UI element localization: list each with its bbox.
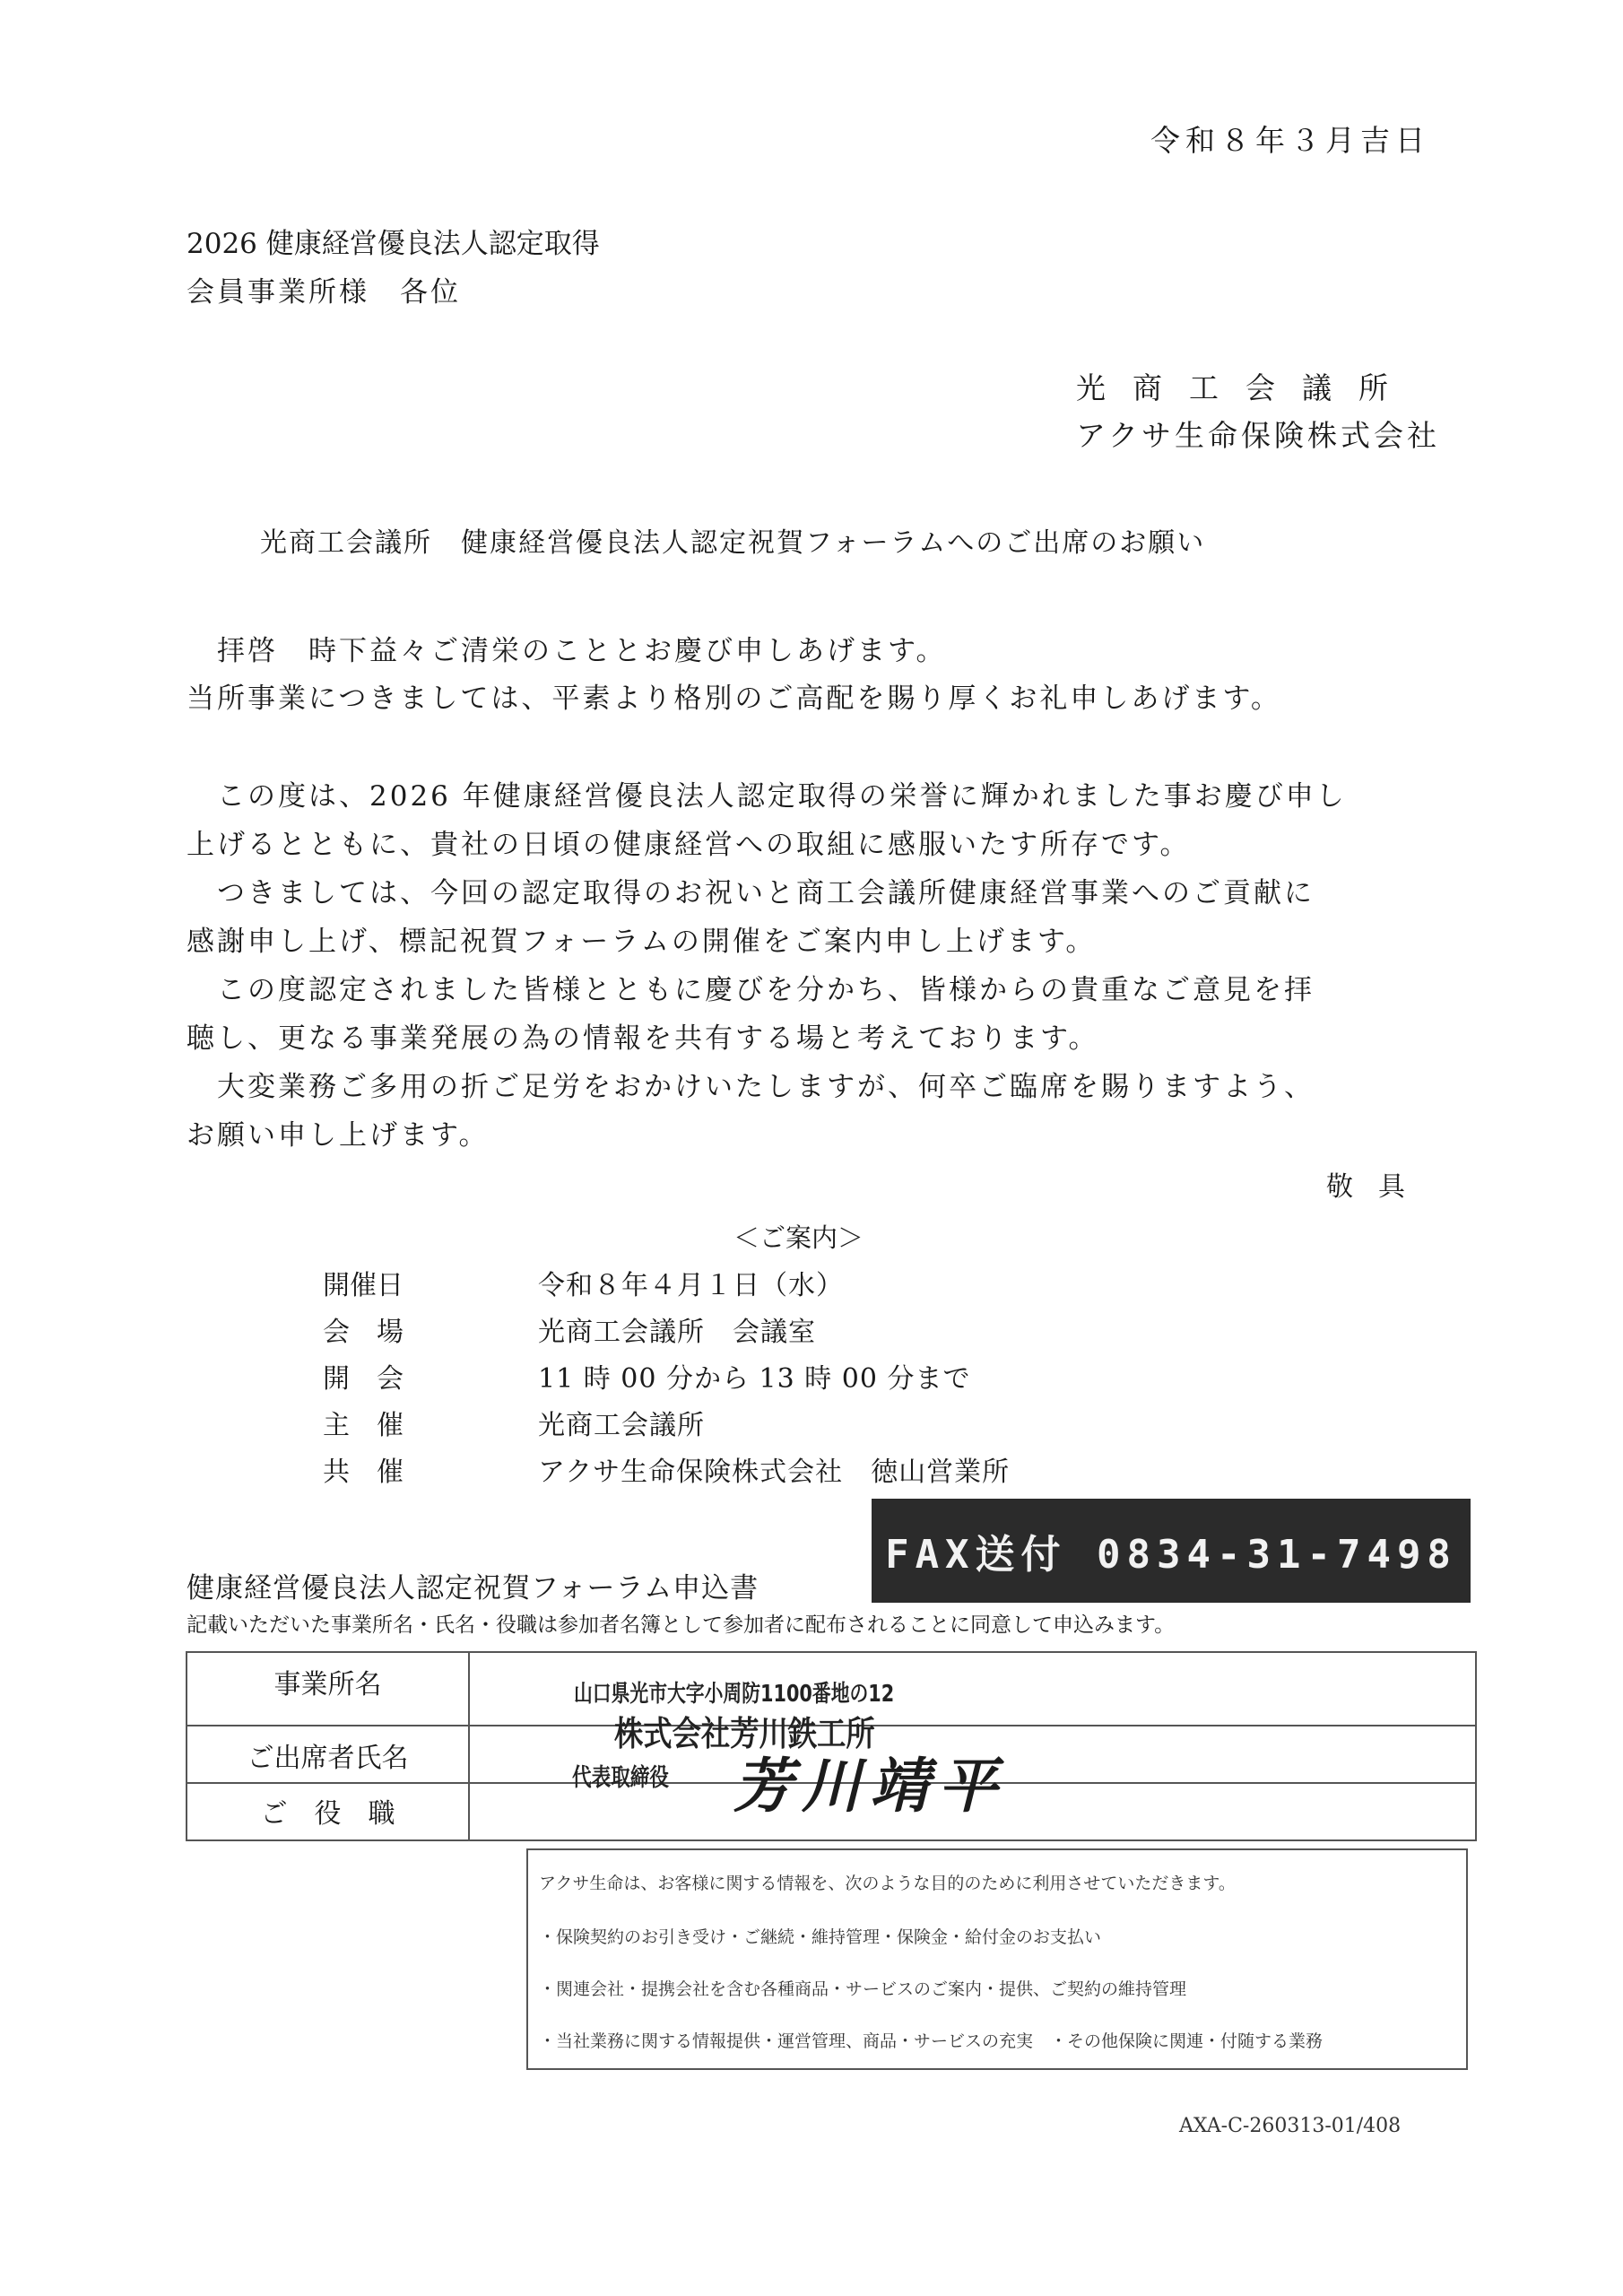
document-id: AXA-C-260313-01/408 xyxy=(1179,2115,1401,2137)
details-heading: ＜ご案内＞ xyxy=(733,1218,864,1255)
body-line: 当所事業につきましては、平素より格別のご高配を賜り厚くお礼申しあげます。 xyxy=(187,681,1281,717)
label-office-name: 事業所名 xyxy=(187,1662,468,1701)
body-line: 感謝申し上げ、標記祝賀フォーラムの開催をご案内申し上げます。 xyxy=(187,924,1096,960)
body-line: 聴し、更なる事業発展の為の情報を共有する場と考えております。 xyxy=(187,1021,1099,1057)
detail-label: 主 催 xyxy=(323,1403,404,1442)
application-form-title: 健康経営優良法人認定祝賀フォーラム申込書 xyxy=(187,1565,759,1605)
fax-number-banner: FAX送付 0834-31-7498 xyxy=(872,1499,1471,1603)
body-line: 拝啓 時下益々ご清栄のこととお慶び申しあげます。 xyxy=(187,633,947,669)
position-field[interactable]: 代表取締役 xyxy=(572,1758,669,1793)
attendee-name-field[interactable]: 芳川靖平 xyxy=(733,1738,1006,1823)
detail-value: 令和８年４月１日（水） xyxy=(538,1263,844,1302)
detail-value: 11 時 00 分から 13 時 00 分まで xyxy=(538,1356,970,1396)
document-date: 令和８年３月吉日 xyxy=(1150,123,1430,159)
privacy-item: ・関連会社・提携会社を含む各種商品・サービスのご案内・提供、ご契約の維持管理 xyxy=(539,1976,1186,2000)
privacy-notice-box: アクサ生命は、お客様に関する情報を、次のような目的のために利用させていただきます… xyxy=(526,1848,1468,2070)
detail-label: 開 会 xyxy=(323,1356,404,1396)
privacy-item: ・保険契約のお引き受け・ご継続・維持管理・保険金・給付金のお支払い xyxy=(539,1924,1101,1948)
label-attendee-name: ご出席者氏名 xyxy=(187,1735,468,1775)
detail-label: 共 催 xyxy=(323,1449,404,1489)
table-column-divider xyxy=(468,1653,470,1839)
body-line: お願い申し上げます。 xyxy=(187,1118,490,1153)
label-position: ご 役 職 xyxy=(187,1791,468,1831)
privacy-item: ・当社業務に関する情報提供・運営管理、商品・サービスの充実 ・その他保険に関連・… xyxy=(539,2028,1323,2052)
body-line: 大変業務ご多用の折ご足労をおかけいたしますが、何卒ご臨席を賜りますよう、 xyxy=(187,1069,1315,1105)
body-line: この度は、2026 年健康経営優良法人認定取得の栄誉に輝かれました事お慶び申し xyxy=(187,778,1347,814)
body-line: この度認定されました皆様とともに慶びを分かち、皆様からの貴重なご意見を拝 xyxy=(187,972,1315,1008)
detail-value: 光商工会議所 xyxy=(538,1403,705,1442)
closing-keigu: 敬具 xyxy=(1326,1164,1430,1204)
fax-number-text: FAX送付 0834-31-7498 xyxy=(885,1522,1457,1579)
detail-label: 会 場 xyxy=(323,1309,404,1349)
body-line: 上げるとともに、貴社の日頃の健康経営への取組に感服いたす所存です。 xyxy=(187,827,1191,863)
consent-statement: 記載いただいた事業所名・氏名・役職は参加者名簿として参加者に配布されることに同意… xyxy=(187,1608,1175,1638)
detail-value: 光商工会議所 会議室 xyxy=(538,1309,816,1349)
office-address-field[interactable]: 山口県光市大字小周防1100番地の12 xyxy=(574,1675,894,1709)
letter-title: 光商工会議所 健康経営優良法人認定祝賀フォーラムへのご出席のお願い xyxy=(260,520,1205,560)
sender-chamber-of-commerce: 光商工会議所 xyxy=(1076,370,1415,406)
sender-insurance-company: アクサ生命保険株式会社 xyxy=(1076,418,1440,454)
detail-value: アクサ生命保険株式会社 徳山営業所 xyxy=(538,1449,1010,1489)
recipient-line-2: 会員事業所様 各位 xyxy=(187,274,461,310)
recipient-line-1: 2026 健康経営優良法人認定取得 xyxy=(187,226,600,262)
detail-label: 開催日 xyxy=(323,1263,404,1302)
privacy-intro: アクサ生命は、お客様に関する情報を、次のような目的のために利用させていただきます… xyxy=(539,1870,1236,1894)
body-line: つきましては、今回の認定取得のお祝いと商工会議所健康経営事業へのご貢献に xyxy=(187,875,1315,911)
